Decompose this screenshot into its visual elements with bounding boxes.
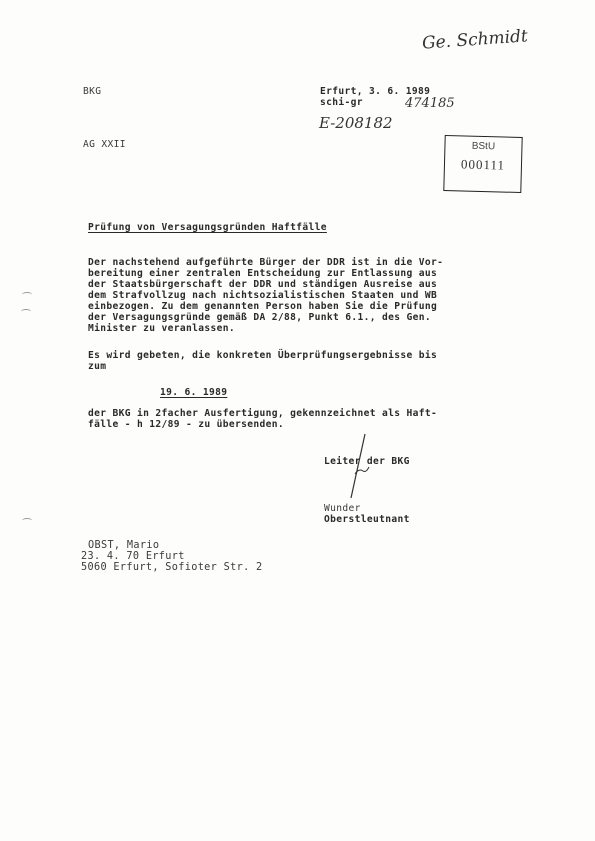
body-line: einbezogen. Zu dem genannten Person habe… xyxy=(88,301,437,312)
handwritten-signature-top: Ge. Schmidt xyxy=(421,26,528,53)
reference: schi-gr xyxy=(320,97,363,108)
handwritten-e-number: E-208182 xyxy=(319,114,393,132)
body-line: dem Strafvollzug nach nichtsozialistisch… xyxy=(88,290,437,301)
stamp-number: 000111 xyxy=(445,156,521,174)
document-page: Ge. Schmidt 474185 E-208182 BKG AG XXII … xyxy=(0,0,595,841)
body-line: zum xyxy=(88,361,106,372)
sender: BKG xyxy=(83,86,101,97)
deadline-date: 19. 6. 1989 xyxy=(160,387,227,398)
body-line: fälle - h 12/89 - zu übersenden. xyxy=(88,419,284,430)
body-line: Es wird gebeten, die konkreten Überprüfu… xyxy=(88,350,437,361)
archive-stamp: BStU 000111 xyxy=(443,135,522,193)
body-line: Der nachstehend aufgeführte Bürger der D… xyxy=(88,257,443,268)
body-line: Minister zu veranlassen. xyxy=(88,323,235,334)
body-line: der Versagungsgründe gemäß DA 2/88, Punk… xyxy=(88,312,431,323)
person-address: 5060 Erfurt, Sofioter Str. 2 xyxy=(81,562,263,573)
handwritten-file-number: 474185 xyxy=(405,96,455,111)
place-date: Erfurt, 3. 6. 1989 xyxy=(320,86,430,97)
punch-hole-mark xyxy=(22,292,32,297)
subject-line: Prüfung von Versagungsgründen Haftfälle xyxy=(88,222,327,233)
stamp-label: BStU xyxy=(445,140,521,153)
body-line: der Staatsbürgerschaft der DDR und ständ… xyxy=(88,279,437,290)
person-name: OBST, Mario xyxy=(88,540,159,551)
department: AG XXII xyxy=(83,139,126,150)
punch-hole-mark xyxy=(21,309,31,314)
person-birth: 23. 4. 70 Erfurt xyxy=(81,551,185,562)
signatory-rank: Oberstleutnant xyxy=(324,514,410,525)
handwritten-signature xyxy=(345,432,375,502)
signatory-name: Wunder xyxy=(324,503,361,514)
punch-hole-mark xyxy=(22,518,32,523)
body-line: der BKG in 2facher Ausfertigung, gekennz… xyxy=(88,408,437,419)
body-line: bereitung einer zentralen Entscheidung z… xyxy=(88,268,437,279)
